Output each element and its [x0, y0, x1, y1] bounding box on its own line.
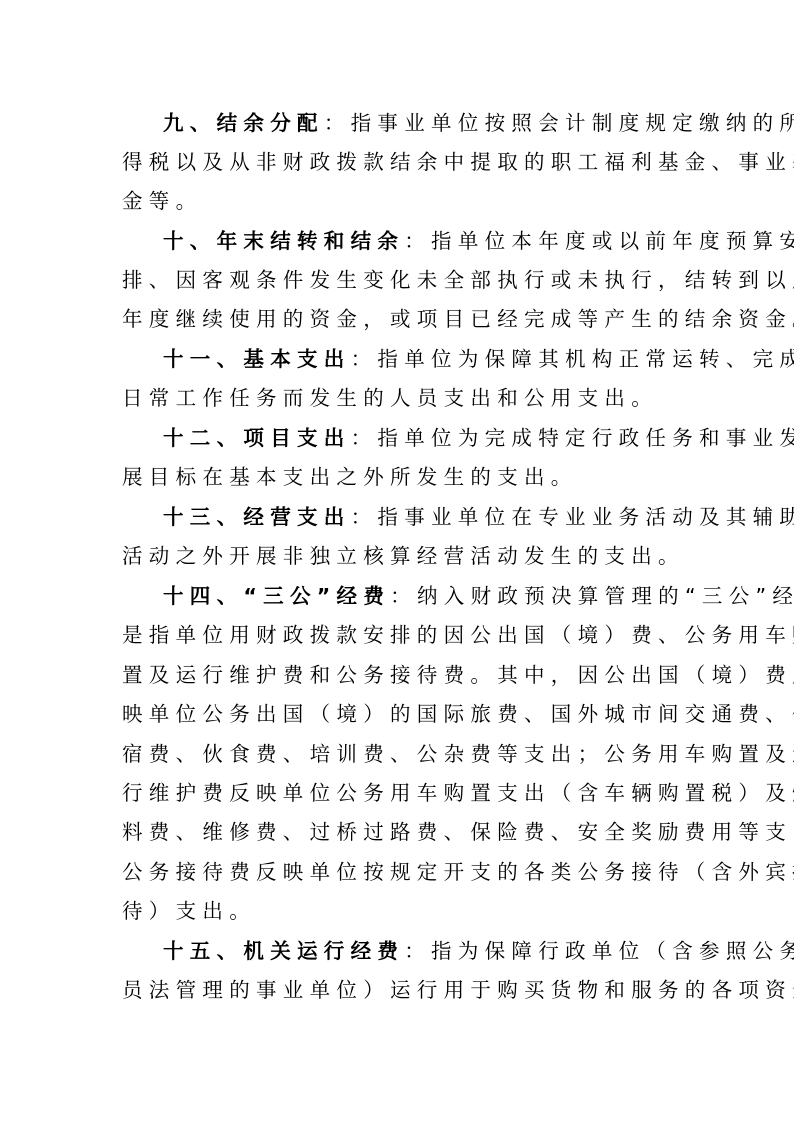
separator: ：: [390, 584, 417, 608]
paragraph-13-line-2: 活动之外开展非独立核算经营活动发生的支出。: [122, 541, 674, 571]
paragraph-14-line-5: 宿费、伙食费、培训费、公杂费等支出；公务用车购置及运: [122, 739, 674, 769]
paragraph-9-line-1: 九、结余分配：指事业单位按照会计制度规定缴纳的所: [163, 108, 674, 138]
paragraph-13-line-1: 十三、经营支出：指事业单位在专业业务活动及其辅助: [163, 502, 674, 532]
body-text: 指为保障行政单位（含参照公务: [431, 939, 794, 963]
body-text: 指单位为完成特定行政任务和事业发: [377, 426, 794, 450]
paragraph-12-line-1: 十二、项目支出：指单位为完成特定行政任务和事业发: [163, 423, 674, 453]
paragraph-15-line-1: 十五、机关运行经费：指为保障行政单位（含参照公务: [163, 936, 674, 966]
paragraph-11-line-1: 十一、基本支出：指单位为保障其机构正常运转、完成: [163, 344, 674, 374]
separator: ：: [351, 426, 378, 450]
separator: ：: [324, 111, 351, 135]
separator: ：: [404, 229, 431, 253]
term-heading: 十三、经营支出: [163, 505, 351, 529]
body-text: 纳入财政预决算管理的“三公”经费，: [417, 584, 794, 608]
paragraph-14-line-2: 是指单位用财政拨款安排的因公出国（境）费、公务用车购: [122, 620, 674, 650]
paragraph-14-line-6: 行维护费反映单位公务用车购置支出（含车辆购置税）及燃: [122, 778, 674, 808]
paragraph-9-line-2: 得税以及从非财政拨款结余中提取的职工福利基金、事业基: [122, 147, 674, 177]
term-heading: 十二、项目支出: [163, 426, 351, 450]
paragraph-14-line-8: 公务接待费反映单位按规定开支的各类公务接待（含外宾接: [122, 857, 674, 887]
term-heading: 九、结余分配: [163, 111, 324, 135]
term-heading: 十五、机关运行经费: [163, 939, 404, 963]
paragraph-15-line-2: 员法管理的事业单位）运行用于购买货物和服务的各项资金，: [122, 975, 674, 1005]
paragraph-14-line-1: 十四、“三公”经费：纳入财政预决算管理的“三公”经费，: [163, 581, 674, 611]
paragraph-14-line-4: 映单位公务出国（境）的国际旅费、国外城市间交通费、住: [122, 699, 674, 729]
paragraph-10-line-1: 十、年末结转和结余：指单位本年度或以前年度预算安: [163, 226, 674, 256]
term-heading: 十、年末结转和结余: [163, 229, 404, 253]
paragraph-14-line-3: 置及运行维护费和公务接待费。其中，因公出国（境）费反: [122, 660, 674, 690]
separator: ：: [351, 505, 378, 529]
paragraph-9-line-3: 金等。: [122, 186, 674, 216]
body-text: 指单位为保障其机构正常运转、完成: [377, 347, 794, 371]
term-heading: 十一、基本支出: [163, 347, 351, 371]
separator: ：: [404, 939, 431, 963]
paragraph-12-line-2: 展目标在基本支出之外所发生的支出。: [122, 462, 674, 492]
paragraph-11-line-2: 日常工作任务而发生的人员支出和公用支出。: [122, 383, 674, 413]
paragraph-10-line-3: 年度继续使用的资金，或项目已经完成等产生的结余资金。: [122, 304, 674, 334]
paragraph-10-line-2: 排、因客观条件发生变化未全部执行或未执行，结转到以后: [122, 265, 674, 295]
term-heading: 十四、“三公”经费: [163, 584, 390, 608]
body-text: 指事业单位按照会计制度规定缴纳的所: [351, 111, 794, 135]
document-page: 九、结余分配：指事业单位按照会计制度规定缴纳的所 得税以及从非财政拨款结余中提取…: [0, 0, 794, 1122]
paragraph-14-line-7: 料费、维修费、过桥过路费、保险费、安全奖励费用等支出；: [122, 817, 674, 847]
body-text: 指事业单位在专业业务活动及其辅助: [377, 505, 794, 529]
body-text: 指单位本年度或以前年度预算安: [431, 229, 794, 253]
paragraph-14-line-9: 待）支出。: [122, 896, 674, 926]
separator: ：: [351, 347, 378, 371]
